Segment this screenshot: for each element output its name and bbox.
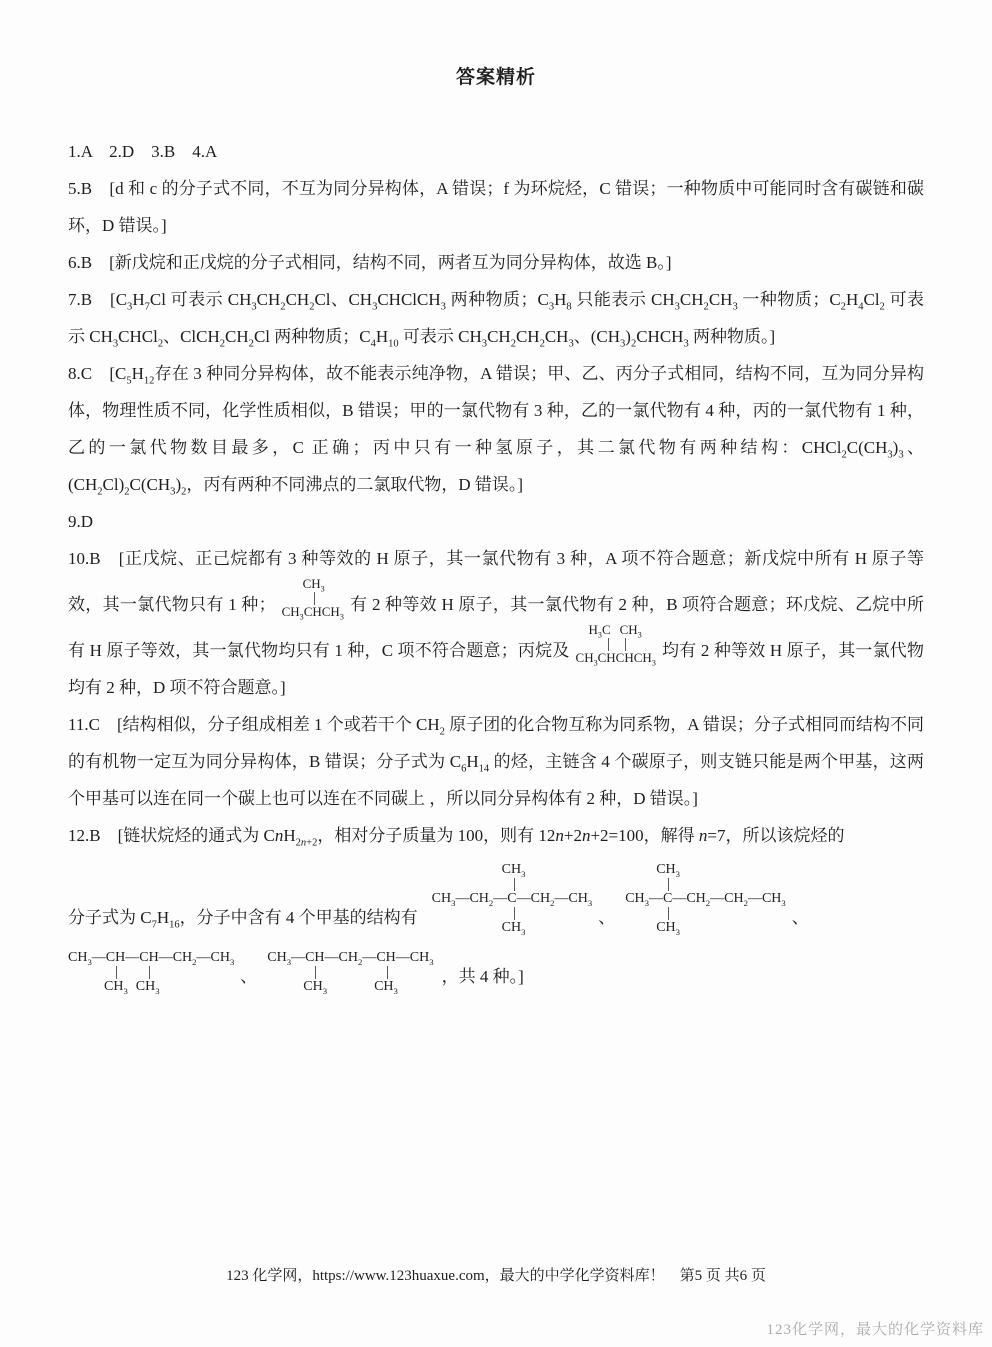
chain-label: CH3—CH2—C—CH2—CH3	[432, 891, 593, 907]
chain-label: CH3—CH—CH—CH2—CH3	[68, 950, 234, 966]
watermark-text: 123化学网，最大的化学资料库	[766, 1318, 984, 1339]
dun-separator: 、	[240, 958, 257, 995]
top-methyl-label: CH3	[282, 577, 344, 592]
answer-5: 5.B [d 和 c 的分子式不同，不互为同分异构体，A 错误；f 为环烷烃，C…	[68, 170, 924, 244]
substituent-label: CH3	[374, 979, 398, 995]
vertical-bond	[314, 592, 315, 605]
vertical-bond	[514, 907, 515, 920]
dun-separator: 、	[598, 899, 615, 936]
vertical-bond	[149, 966, 150, 979]
top-methyl-label: CH3	[625, 862, 786, 878]
vertical-bond	[116, 966, 117, 979]
answer-12-line1: 12.B [链状烷烃的通式为 CnH2n+2，相对分子质量为 100，则有 12…	[68, 817, 924, 854]
answer-9: 9.D	[68, 503, 924, 540]
structures-row-1: 分子式为 C7H16，分子中含有 4 个甲基的结构有 CH3 CH3—CH2—C…	[68, 862, 924, 936]
vertical-bond	[387, 966, 388, 979]
structure-3-3-dimethylpentane: CH3 CH3—CH2—C—CH2—CH3 CH3	[432, 862, 593, 936]
vertical-bond	[514, 878, 515, 891]
chain-label: CH3CHCHCH3	[576, 651, 656, 666]
dun-separator: 、	[792, 899, 809, 936]
answer-10: 10.B [正戊烷、正己烷都有 3 种等效的 H 原子，其一氯代物有 3 种，A…	[68, 540, 924, 706]
top-methyl-label: CH3	[620, 623, 642, 638]
bottom-methyl-label: CH3	[432, 920, 593, 936]
top-methyl-label: H3C	[589, 623, 611, 638]
chain-label: CH3—C—CH2—CH2—CH3	[625, 891, 786, 907]
answer-6: 6.B [新戊烷和正戊烷的分子式相同，结构不同，两者互为同分异构体，故选 B。]	[68, 244, 924, 281]
substituent-label: CH3	[136, 979, 160, 995]
vertical-bond	[608, 638, 609, 651]
vertical-bond	[668, 907, 669, 920]
footer-line: 123 化学网，https://www.123huaxue.com，最大的中学化…	[0, 1264, 992, 1285]
substituent-label: CH3	[104, 979, 128, 995]
page-title: 答案精析	[0, 62, 992, 89]
bottom-methyl-label: CH3	[625, 920, 786, 936]
chain-label: CH3—CH—CH2—CH—CH3	[267, 950, 433, 966]
chain-label: CH3CHCH3	[282, 605, 344, 620]
answer-7: 7.B [C3H7Cl 可表示 CH3CH2CH2Cl、CH3CHClCH3 两…	[68, 281, 924, 355]
structures-row-2: CH3—CH—CH—CH2—CH3 CH3CH3 、 CH3—CH—CH2—CH…	[68, 950, 924, 995]
answers-1-to-4: 1.A 2.D 3.B 4.A	[68, 133, 924, 170]
top-methyl-label: CH3	[432, 862, 593, 878]
structure-2-4-dimethylpentane: CH3—CH—CH2—CH—CH3 CH3CH3	[267, 950, 433, 995]
vertical-bond	[668, 878, 669, 891]
vertical-bond	[315, 966, 316, 979]
structure-isobutane: CH3 CH3CHCH3	[282, 577, 344, 620]
document-page: 答案精析 1.A 2.D 3.B 4.A 5.B [d 和 c 的分子式不同，不…	[0, 0, 992, 1347]
structure-2-2-dimethylpentane: CH3 CH3—C—CH2—CH2—CH3 CH3	[625, 862, 786, 936]
substituent-label: CH3	[303, 979, 327, 995]
structure-2-3-dimethylbutane: H3CCH3 CH3CHCHCH3	[576, 623, 656, 666]
vertical-bond	[625, 638, 626, 651]
answer-11: 11.C [结构相似，分子组成相差 1 个或若干个 CH2 原子团的化合物互称为…	[68, 706, 924, 817]
answer-12-count-text: ，共 4 种。]	[442, 958, 524, 995]
structure-2-3-dimethylpentane: CH3—CH—CH—CH2—CH3 CH3CH3	[68, 950, 234, 995]
answer-12-text: 分子式为 C7H16，分子中含有 4 个甲基的结构有	[68, 899, 418, 936]
answer-content: 1.A 2.D 3.B 4.A 5.B [d 和 c 的分子式不同，不互为同分异…	[0, 133, 992, 995]
answer-8: 8.C [C5H12存在 3 种同分异构体，故不能表示纯净物，A 错误；甲、乙、…	[68, 355, 924, 503]
